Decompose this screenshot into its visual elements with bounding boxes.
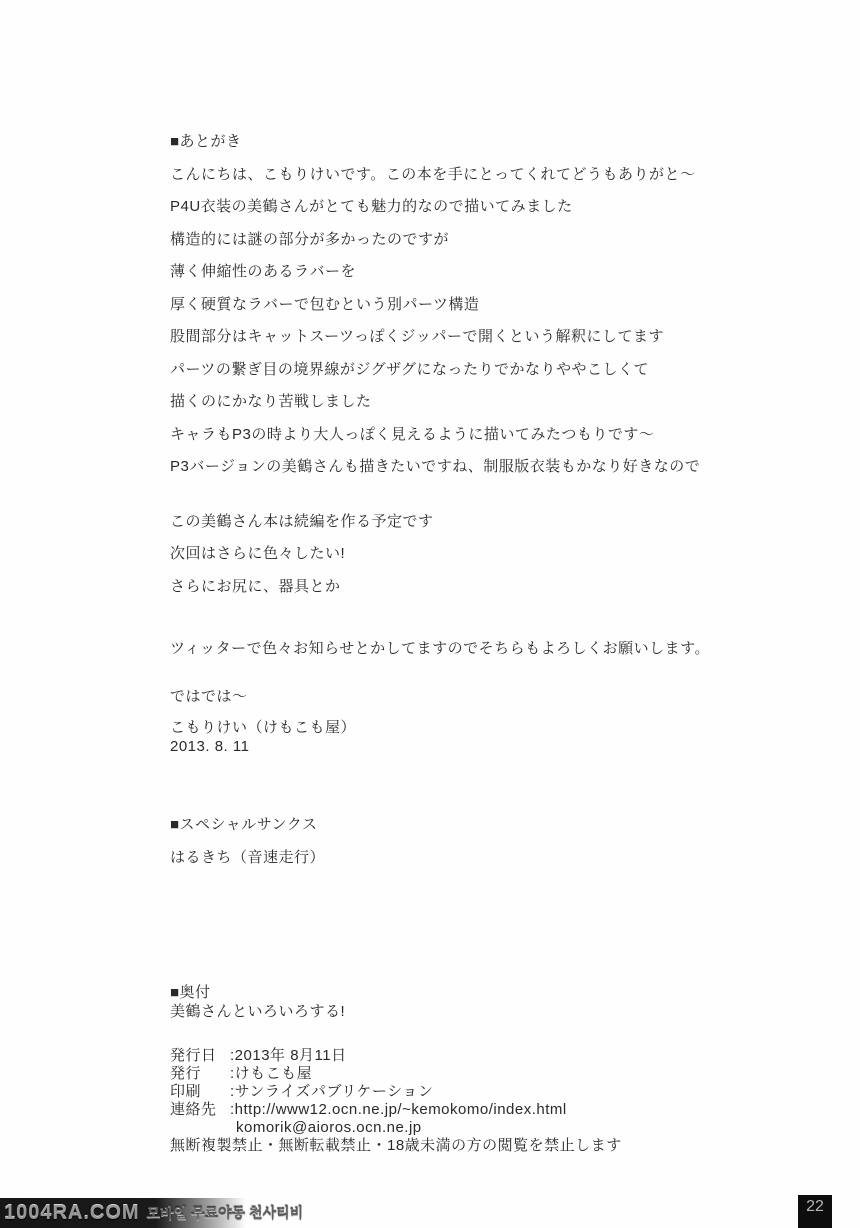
spacer bbox=[170, 484, 710, 506]
colophon-section: ■奥付 美鶴さんといろいろする! 発行日 :2013年 8月11日 発行 :けも… bbox=[170, 984, 622, 1155]
afterword-line: こんにちは、こもりけいです。この本を手にとってくれてどうもありがと～ bbox=[170, 159, 710, 192]
colophon-row-publish-date: 発行日 :2013年 8月11日 bbox=[170, 1047, 622, 1065]
afterword-heading: ■あとがき bbox=[170, 126, 710, 159]
afterword-line: 薄く伸縮性のあるラバーを bbox=[170, 256, 710, 289]
afterword-line: 股間部分はキャットスーツっぽくジッパーで開くという解釈にしてます bbox=[170, 321, 710, 354]
afterword-line: 描くのにかなり苦戦しました bbox=[170, 386, 710, 419]
contact-email: komorik@aioros.ocn.ne.jp bbox=[170, 1119, 622, 1137]
page-number-badge: 22 bbox=[798, 1195, 832, 1228]
scanned-page: ■あとがき こんにちは、こもりけいです。この本を手にとってくれてどうもありがと～… bbox=[0, 0, 860, 1228]
signature-date: 2013. 8. 11 bbox=[170, 737, 710, 756]
afterword-line: 構造的には謎の部分が多かったのですが bbox=[170, 224, 710, 257]
colophon-label: 発行 bbox=[170, 1065, 230, 1083]
colophon-rows: 発行日 :2013年 8月11日 発行 :けもこも屋 印刷 :サンライズパブリケ… bbox=[170, 1047, 622, 1155]
spacer bbox=[170, 666, 710, 681]
afterword-line: キャラもP3の時より大人っぽく見えるように描いてみたつもりです～ bbox=[170, 419, 710, 452]
afterword-section: ■あとがき こんにちは、こもりけいです。この本を手にとってくれてどうもありがと～… bbox=[170, 126, 710, 756]
colophon-value: :2013年 8月11日 bbox=[230, 1047, 347, 1065]
copyright-notice: 無断複製禁止・無断転載禁止・18歳未満の方の閲覧を禁止します bbox=[170, 1137, 622, 1155]
special-thanks-section: ■スペシャルサンクス はるきち（音速走行） bbox=[170, 808, 325, 874]
afterword-plan-line: この美鶴さん本は続編を作る予定です bbox=[170, 506, 710, 539]
book-title: 美鶴さんといろいろする! bbox=[170, 1003, 622, 1022]
special-thanks-name: はるきち（音速走行） bbox=[170, 841, 325, 874]
watermark-site-logo: 1004RA.COM bbox=[0, 1202, 140, 1225]
signature-block: こもりけい（けもこも屋） 2013. 8. 11 bbox=[170, 718, 710, 756]
twitter-note-line: ツィッターで色々お知らせとかしてますのでそちらもよろしくお願いします。 bbox=[170, 633, 710, 666]
afterword-line: 厚く硬質なラバーで包むという別パーツ構造 bbox=[170, 289, 710, 322]
contact-url: :http://www12.ocn.ne.jp/~kemokomo/index.… bbox=[230, 1101, 567, 1119]
colophon-label: 印刷 bbox=[170, 1083, 230, 1101]
colophon-label: 連絡先 bbox=[170, 1101, 230, 1119]
colophon-value: :サンライズパブリケーション bbox=[230, 1083, 433, 1101]
watermark-bar: 1004RA.COM 모바일 무료야동 천사티비 bbox=[0, 1198, 300, 1228]
colophon-row-contact: 連絡先 :http://www12.ocn.ne.jp/~kemokomo/in… bbox=[170, 1101, 622, 1119]
colophon-row-printer: 印刷 :サンライズパブリケーション bbox=[170, 1083, 622, 1101]
watermark-tagline: 모바일 무료야동 천사티비 bbox=[147, 1203, 304, 1223]
special-thanks-heading: ■スペシャルサンクス bbox=[170, 808, 325, 841]
colophon-value: :けもこも屋 bbox=[230, 1065, 312, 1083]
afterword-line: P3バージョンの美鶴さんも描きたいですね、制服版衣装もかなり好きなので bbox=[170, 451, 710, 484]
author-name: こもりけい（けもこも屋） bbox=[170, 718, 710, 737]
afterword-line: P4U衣装の美鶴さんがとても魅力的なので描いてみました bbox=[170, 191, 710, 224]
signoff-line: ではでは～ bbox=[170, 681, 710, 714]
colophon-row-publisher: 発行 :けもこも屋 bbox=[170, 1065, 622, 1083]
afterword-plan-line: さらにお尻に、器具とか bbox=[170, 571, 710, 604]
colophon-heading: ■奥付 bbox=[170, 984, 622, 1003]
afterword-plan-line: 次回はさらに色々したい! bbox=[170, 538, 710, 571]
spacer bbox=[170, 603, 710, 633]
afterword-line: パーツの繋ぎ目の境界線がジグザグになったりでかなりややこしくて bbox=[170, 354, 710, 387]
colophon-label: 発行日 bbox=[170, 1047, 230, 1065]
